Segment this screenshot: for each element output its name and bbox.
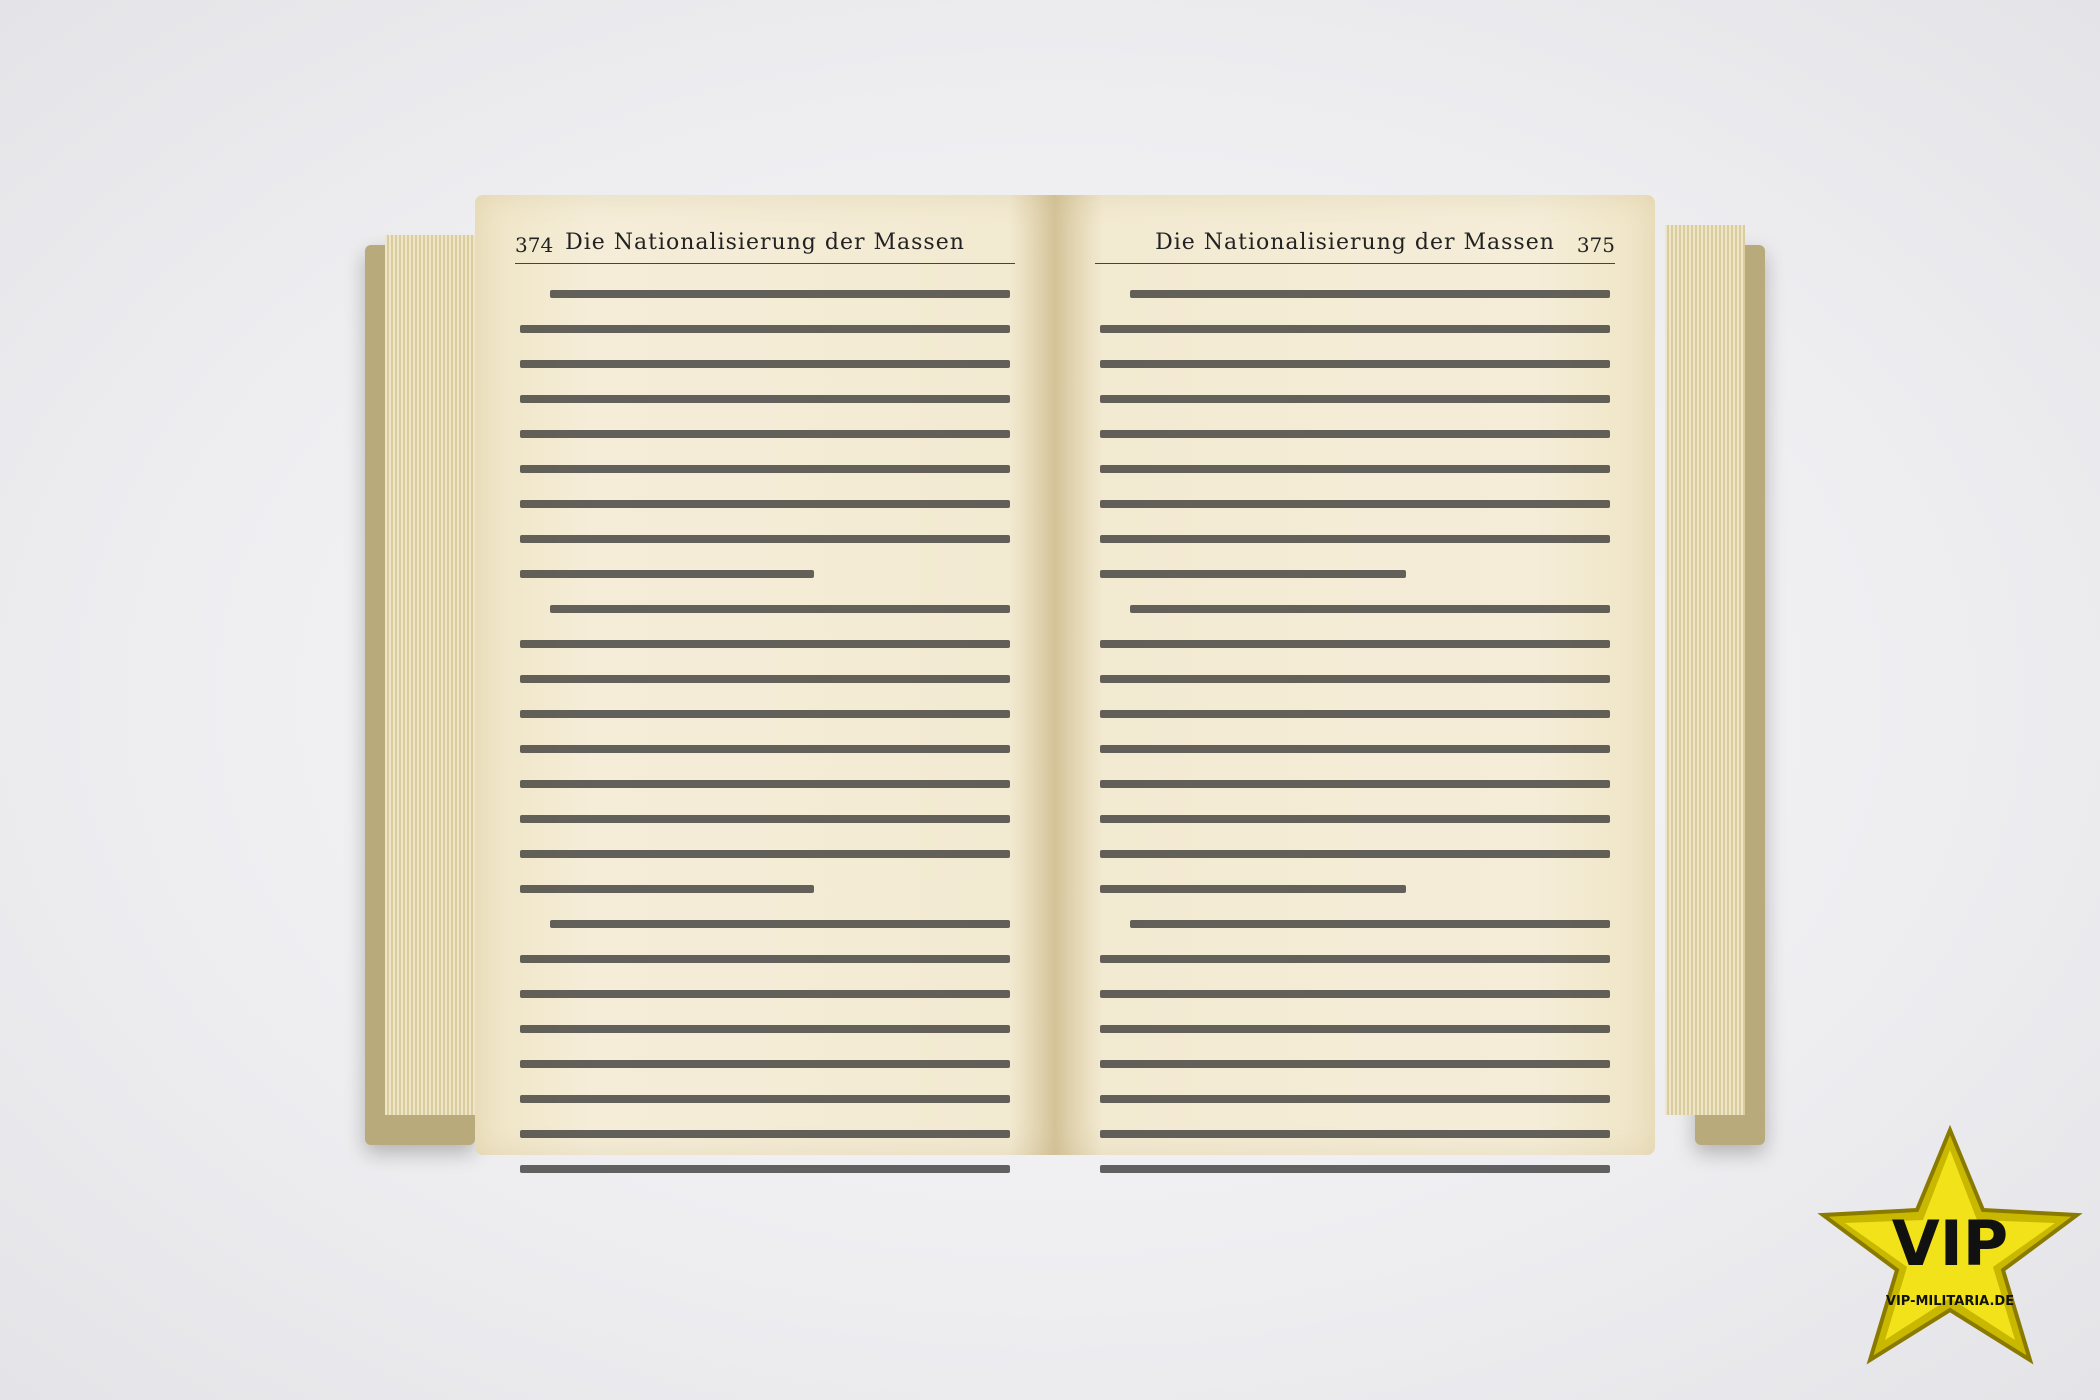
text-line-placeholder — [520, 570, 814, 578]
vip-watermark-star-icon: VIP VIP-MILITARIA.DE — [1815, 1125, 2085, 1365]
text-line-placeholder — [520, 990, 1010, 998]
text-line-placeholder — [1100, 885, 1406, 893]
text-line-placeholder — [520, 535, 1010, 543]
text-line-placeholder — [1100, 815, 1610, 823]
page-number-right: 375 — [1577, 233, 1615, 257]
text-line-placeholder — [1100, 1165, 1610, 1173]
text-line-placeholder — [1100, 1025, 1610, 1033]
text-line-placeholder — [1100, 430, 1610, 438]
text-line-placeholder — [1100, 990, 1610, 998]
text-line-placeholder — [520, 1130, 1010, 1138]
text-line-placeholder — [1100, 780, 1610, 788]
text-line-placeholder — [1100, 465, 1610, 473]
text-line-placeholder — [1100, 570, 1406, 578]
page-edges-right — [1665, 225, 1745, 1115]
text-line-placeholder — [1100, 500, 1610, 508]
text-line-placeholder — [520, 675, 1010, 683]
running-header-left: Die Nationalisierung der Massen — [515, 230, 1015, 255]
left-page: 374 Die Nationalisierung der Massen — [475, 195, 1055, 1155]
text-line-placeholder — [520, 850, 1010, 858]
text-line-placeholder — [550, 605, 1010, 613]
running-header-right: Die Nationalisierung der Massen — [1095, 230, 1615, 255]
right-page-header: Die Nationalisierung der Massen 375 — [1095, 223, 1615, 264]
text-line-placeholder — [520, 1025, 1010, 1033]
text-line-placeholder — [520, 360, 1010, 368]
text-line-placeholder — [520, 465, 1010, 473]
text-line-placeholder — [1100, 1060, 1610, 1068]
text-line-placeholder — [520, 1165, 1010, 1173]
text-line-placeholder — [1100, 850, 1610, 858]
text-line-placeholder — [1130, 920, 1610, 928]
text-line-placeholder — [520, 710, 1010, 718]
text-line-placeholder — [520, 395, 1010, 403]
right-page-body-text — [1100, 290, 1610, 1200]
text-line-placeholder — [1100, 675, 1610, 683]
left-page-body-text — [520, 290, 1010, 1200]
text-line-placeholder — [520, 955, 1010, 963]
text-line-placeholder — [520, 1060, 1010, 1068]
text-line-placeholder — [1100, 710, 1610, 718]
text-line-placeholder — [1100, 1130, 1610, 1138]
text-line-placeholder — [1100, 360, 1610, 368]
text-line-placeholder — [1100, 640, 1610, 648]
text-line-placeholder — [520, 780, 1010, 788]
text-line-placeholder — [520, 885, 814, 893]
text-line-placeholder — [1100, 395, 1610, 403]
open-book: 374 Die Nationalisierung der Massen Die … — [365, 195, 1765, 1185]
text-line-placeholder — [1100, 745, 1610, 753]
text-line-placeholder — [520, 815, 1010, 823]
text-line-placeholder — [1100, 1095, 1610, 1103]
text-line-placeholder — [1130, 290, 1610, 298]
text-line-placeholder — [550, 290, 1010, 298]
text-line-placeholder — [520, 325, 1010, 333]
text-line-placeholder — [550, 920, 1010, 928]
watermark-main-text: VIP — [1892, 1207, 2009, 1280]
text-line-placeholder — [520, 500, 1010, 508]
text-line-placeholder — [1100, 325, 1610, 333]
text-line-placeholder — [520, 745, 1010, 753]
text-line-placeholder — [520, 640, 1010, 648]
watermark-sub-text: VIP-MILITARIA.DE — [1886, 1294, 2014, 1309]
text-line-placeholder — [520, 430, 1010, 438]
text-line-placeholder — [1100, 955, 1610, 963]
text-line-placeholder — [1130, 605, 1610, 613]
text-line-placeholder — [1100, 535, 1610, 543]
left-page-header: 374 Die Nationalisierung der Massen — [515, 223, 1015, 264]
text-line-placeholder — [520, 1095, 1010, 1103]
right-page: Die Nationalisierung der Massen 375 — [1055, 195, 1655, 1155]
